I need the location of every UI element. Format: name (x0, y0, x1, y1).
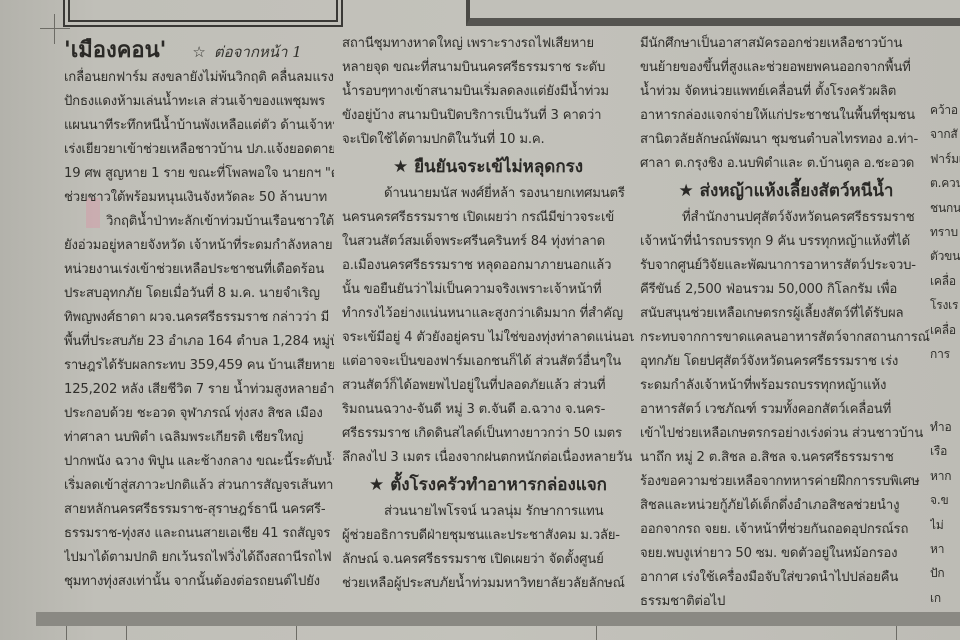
text-line: อาหารสัตว์ เวชภัณฑ์ รวมทั้งคอกสัตว์เคลื่… (640, 398, 932, 422)
text-line: สวนสัตว์ก็ได้อพยพไปอยู่ในที่ปลอดภัยแล้ว … (342, 374, 634, 398)
text-line: น้ำท่วม จัดหน่วยแพทย์เคลื่อนที่ ตั้งโรงค… (640, 80, 932, 104)
text-line: ริมถนนฉวาง-จันดี หมู่ 3 ต.จันดี อ.ฉวาง จ… (342, 398, 634, 422)
text-line: ที่สำนักงานปศุสัตว์จังหวัดนครศรีธรรมราช (640, 206, 932, 230)
text-line: อาหารกล่องแจกจ่ายให้แก่ประชาชนในพื้นที่ช… (640, 104, 932, 128)
text-line: สถานีชุมทางหาดใหญ่ เพราะรางรถไฟเสียหาย (342, 32, 634, 56)
text-line: แต่อาจจะเป็นของฟาร์มเอกชนก็ได้ ส่วนสัตว์… (342, 350, 634, 374)
text-line: หน่วยงานเร่งเข้าช่วยเหลือประชาชนที่เดือด… (64, 258, 334, 282)
text-line: ส่วนนายไพโรจน์ นวลนุ่ม รักษาการแทน (342, 500, 634, 524)
text-line: ประกอบด้วย ชะอวด จุฬาภรณ์ ทุ่งสง สิชล เม… (64, 402, 334, 426)
continued-label-text: ต่อจากหน้า 1 (214, 43, 302, 61)
text-fragment: หา (930, 537, 960, 561)
text-line: กระทบจากการขาดแคลนอาหารสัตว์จากสถานการณ์ (640, 326, 932, 350)
text-line: ด้านนายมนัส พงศ์ยี่หล้า รองนายกเทศมนตรี (342, 182, 634, 206)
text-line: ระดมกำลังเจ้าหน้าที่พร้อมรถบรรทุกหญ้าแห้… (640, 374, 932, 398)
text-line: วิกฤติน้ำป่าทะลักเข้าท่วมบ้านเรือนชาวใต้ (64, 210, 334, 234)
text-line: ราษฎรได้รับผลกระทบ 359,459 คน บ้านเสียหา… (64, 354, 334, 378)
text-line: นครนครศรีธรรมราช เปิดเผยว่า กรณีมีข่าวจร… (342, 206, 634, 230)
text-line: ลึกลงไป 3 เมตร เนื่องจากฝนตกหนักต่อเนื่อ… (342, 446, 634, 470)
text-line: ลักษณ์ จ.นครศรีธรรมราช เปิดเผยว่า จัดตั้… (342, 548, 634, 572)
text-line: นั้น ขอยืนยันว่าไม่เป็นความจริงเพราะเจ้า… (342, 278, 634, 302)
text-fragment: ปัก (930, 561, 960, 585)
continued-from-label: ☆ต่อจากหน้า 1 (192, 40, 301, 64)
kicker-row: 'เมืองคอน' ☆ต่อจากหน้า 1 (64, 32, 334, 66)
text-line: อากาศ เร่งใช้เครื่องมือจับใส่ขวดนำไปปล่อ… (640, 566, 932, 590)
text-line: ทำกรงไว้อย่างแน่นหนาและสูงกว่าเดิมมาก ที… (342, 302, 634, 326)
text-line: สานิตวลัยลักษณ์พัฒนา ชุมชนตำบลไทรทอง อ.ท… (640, 128, 932, 152)
text-fragment: ทราบ (930, 220, 960, 244)
text-line: จระเข้มีอยู่ 4 ตัวยังอยู่ครบ ไม่ใช่ของทุ… (342, 326, 634, 350)
bottom-registration-marks (36, 626, 960, 640)
text-line: ปากพนัง ฉวาง พิปูน และช้างกลาง ขณะนี้ระด… (64, 450, 334, 474)
text-line: พื้นที่ประสบภัย 23 อำเภอ 164 ตำบล 1,284 … (64, 330, 334, 354)
text-line: รับจากศูนย์วิจัยและพัฒนาการอาหารสัตว์ประ… (640, 254, 932, 278)
text-fragment: เก (930, 586, 960, 610)
text-fragment (930, 391, 960, 415)
text-line: ประสบอุทกภัย โดยเมื่อวันที่ 8 ม.ค. นายจำ… (64, 282, 334, 306)
kicker-title: 'เมืองคอน' (64, 32, 166, 67)
bottom-rule-bar (36, 612, 960, 626)
text-line: ธรรมชาติต่อไป (640, 590, 932, 614)
text-line: ทิพญพงศ์ธาดา ผวจ.นครศรีธรรมราช กล่าวว่า … (64, 306, 334, 330)
text-line: น้ำรอบๆทางเข้าสนามบินเริ่มลดลงแต่ยังมีน้… (342, 80, 634, 104)
text-fragment: จากสั (930, 122, 960, 146)
subheading-kitchen: ★ ตั้งโรงครัวทำอาหารกล่องแจก (342, 470, 634, 500)
text-line: ขังอยู่บ้าง สนามบินปิดบริการเป็นวันที่ 3… (342, 104, 634, 128)
text-fragment: ไม่ (930, 513, 960, 537)
text-line: เจ้าหน้าที่นำรถบรรทุก 9 คัน บรรทุกหญ้าแห… (640, 230, 932, 254)
text-line: ผู้ช่วยอธิการบดีฝ่ายชุมชนและประชาสังคม ม… (342, 524, 634, 548)
text-line: อุทกภัย โดยปศุสัตว์จังหวัดนครศรีธรรมราช … (640, 350, 932, 374)
text-line: สายหลักนครศรีธรรมราช-สุราษฎร์ธานี นครศรี… (64, 498, 334, 522)
text-line: เร่งเยียวยาเข้าช่วยเหลือชาวบ้าน ปภ.แจ้งย… (64, 138, 334, 162)
article-column-2: สถานีชุมทางหาดใหญ่ เพราะรางรถไฟเสียหาย ห… (342, 32, 634, 596)
text-line: คีรีขันธ์ 2,500 ฟ่อนรวม 50,000 กิโลกรัม … (640, 278, 932, 302)
text-line: เริ่มลดเข้าสู่สภาวะปกติแล้ว ส่วนการสัญจร… (64, 474, 334, 498)
top-right-boxed-article-edge (466, 0, 960, 26)
text-line: ปักธงแดงห้ามเล่นน้ำทะเล ส่วนเจ้าของแพชุม… (64, 90, 334, 114)
text-line: สิชลและหน่วยกู้ภัยได้เด็กดึ่งอำเภอสิชลช่… (640, 494, 932, 518)
text-fragment: ต.ควน (930, 171, 960, 195)
text-fragment: จ.ข (930, 488, 960, 512)
text-fragment: โรงเร (930, 293, 960, 317)
star-icon: ☆ (192, 43, 205, 61)
text-fragment: เคลื่อ (930, 269, 960, 293)
text-line: อ.เมืองนครศรีธรรมราช หลุดออกมาภายนอกแล้ว (342, 254, 634, 278)
subheading-crocodile: ★ ยืนยันจระเข้ไม่หลุดกรง (342, 152, 634, 182)
text-line: ธรรมราช-ทุ่งสง และถนนสายเอเชีย 41 รถสัญจ… (64, 522, 334, 546)
text-line: ช่วยเหลือผู้ประสบภัยน้ำท่วมมหาวิทยาลัยวล… (342, 572, 634, 596)
text-line: แผนนาทีระทึกหนีน้ำบ้านพังเหลือแต่ตัว ด้า… (64, 114, 334, 138)
text-line: หลายจุด ขณะที่สนามบินนครศรีธรรมราช ระดับ (342, 56, 634, 80)
text-fragment: ชนกน (930, 196, 960, 220)
text-fragment: เรือ (930, 439, 960, 463)
text-fragment: ทำอ (930, 415, 960, 439)
text-fragment: หาก (930, 464, 960, 488)
text-line: ศาลา ต.กรุงชิง อ.นบพิตำและ ต.บ้านตูล อ.ช… (640, 152, 932, 176)
text-line: 19 ศพ สูญหาย 1 ราย ขณะที่โพลพอใจ นายกฯ "… (64, 162, 334, 186)
text-fragment (930, 366, 960, 390)
text-line: นาถึก หมู่ 2 ต.สิชล อ.สิชล จ.นครศรีธรรมร… (640, 446, 932, 470)
text-line: จยย.พบงูเห่ายาว 50 ซม. ขดตัวอยู่ในหม้อกร… (640, 542, 932, 566)
text-line: จะเปิดใช้ได้ตามปกติในวันที่ 10 ม.ค. (342, 128, 634, 152)
article-column-1: 'เมืองคอน' ☆ต่อจากหน้า 1 เกลื่อนยกฟาร์ม … (64, 32, 334, 594)
text-line: ท่าศาลา นบพิตำ เฉลิมพระเกียรติ เชียรใหญ่ (64, 426, 334, 450)
text-line: ชุมทางทุ่งสงเท่านั้น จากนั้นต้องต่อรถยนต… (64, 570, 334, 594)
text-fragment: ตัวขน (930, 244, 960, 268)
text-line: มีนักศึกษาเป็นอาสาสมัครออกช่วยเหลือชาวบ้… (640, 32, 932, 56)
article-column-4-cropped: คว้าอ จากสั ฟาร์มเ ต.ควน ชนกน ทราบ ตัวขน… (930, 98, 960, 610)
text-line: 125,202 หลัง เสียชีวิต 7 ราย น้ำท่วมสูงห… (64, 378, 334, 402)
text-line: ขนย้ายของขึ้นที่สูงและช่วยอพยพคนออกจากพื… (640, 56, 932, 80)
text-line: เกลื่อนยกฟาร์ม สงขลายังไม่พ้นวิกฤติ คลื่… (64, 66, 334, 90)
top-left-boxed-article-edge (68, 0, 338, 22)
text-line: ไปมาได้ตามปกติ ยกเว้นรถไฟวิ่งได้ถึงสถานี… (64, 546, 334, 570)
text-line: ออกจากรถ จยย. เจ้าหน้าที่ช่วยกันถอดอุปกร… (640, 518, 932, 542)
text-line: ช่วยชาวใต้พร้อมหนุนเงินจังหวัดละ 50 ล้าน… (64, 186, 334, 210)
subheading-hay: ★ ส่งหญ้าแห้งเลี้ยงสัตว์หนีน้ำ (640, 176, 932, 206)
text-fragment: คว้าอ (930, 98, 960, 122)
text-line: ในสวนสัตว์สมเด็จพระศรีนครินทร์ 84 ทุ่งท่… (342, 230, 634, 254)
text-line: ร้องขอความช่วยเหลือจากทหารค่ายฝึกการรบพิ… (640, 470, 932, 494)
text-fragment: ฟาร์มเ (930, 147, 960, 171)
text-line: เข้าไปช่วยเหลือเกษตรกรอย่างเร่งด่วน ส่วน… (640, 422, 932, 446)
text-fragment: การ (930, 342, 960, 366)
text-line: ศรีธรรมราช เกิดดินสไลด์เป็นทางยาวกว่า 50… (342, 422, 634, 446)
text-line: สนับสนุนช่วยเหลือเกษตรกรผู้เลี้ยงสัตว์ที… (640, 302, 932, 326)
article-column-3: มีนักศึกษาเป็นอาสาสมัครออกช่วยเหลือชาวบ้… (640, 32, 932, 614)
newspaper-page: 'เมืองคอน' ☆ต่อจากหน้า 1 เกลื่อนยกฟาร์ม … (0, 0, 960, 640)
text-fragment: เคลื่อ (930, 318, 960, 342)
text-line: ยังอ่วมอยู่หลายจังหวัด เจ้าหน้าที่ระดมกำ… (64, 234, 334, 258)
